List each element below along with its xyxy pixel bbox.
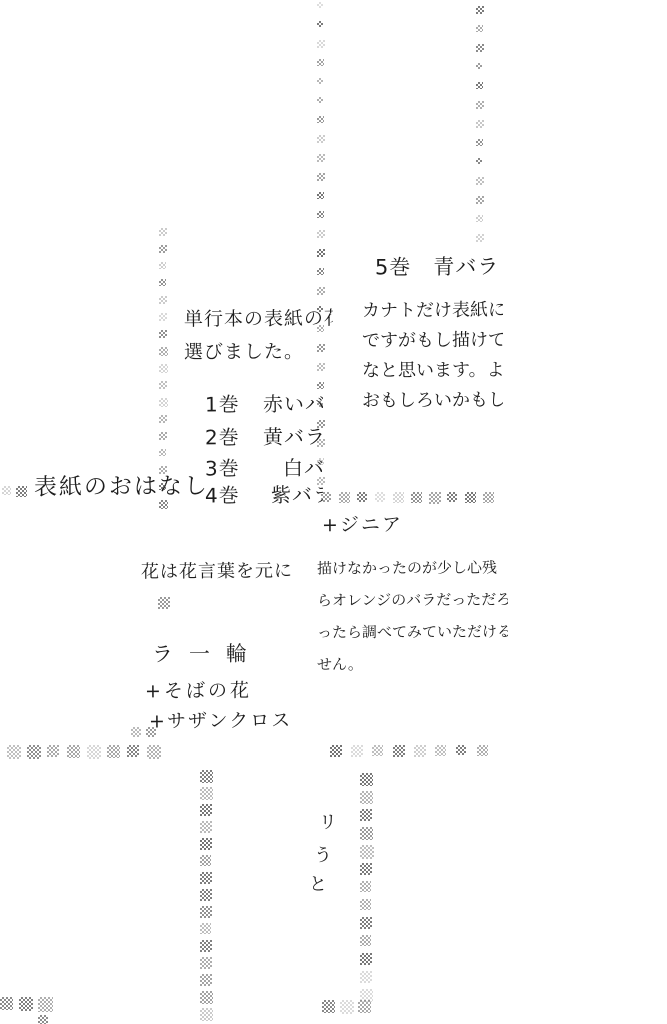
checker-mark — [146, 727, 156, 737]
volume-row: 2巻黄バラ — [205, 421, 323, 451]
checker-mark — [330, 745, 342, 757]
intro-line: 単行本の表紙の花 — [184, 307, 333, 331]
checker-mark — [317, 439, 325, 447]
volume-row: 3巻白バラ — [205, 452, 323, 482]
checker-mark — [159, 483, 166, 490]
checker-mark — [159, 228, 167, 236]
checker-mark — [476, 25, 483, 32]
checker-mark — [19, 997, 33, 1011]
southern-cross-note: +サザンクロス — [149, 710, 292, 734]
checker-mark — [159, 415, 167, 423]
checker-mark — [429, 492, 441, 504]
checker-mark — [317, 230, 325, 238]
checker-mark — [147, 745, 161, 759]
paragraph-middle: 描けなかったのが少し心残 らオレンジのバラだっただろ ったら調べてみていただける… — [317, 552, 508, 680]
paragraph-line: なと思います。よか — [362, 356, 503, 387]
checker-mark — [200, 974, 212, 986]
cut-fragment: リ — [319, 812, 337, 834]
checker-mark — [435, 745, 446, 756]
checker-mark — [159, 466, 167, 474]
checker-mark — [38, 1015, 48, 1024]
checker-mark — [200, 1008, 213, 1021]
checker-mark — [7, 745, 21, 759]
checker-mark — [360, 827, 373, 840]
checker-mark — [339, 492, 350, 503]
checker-mark — [360, 917, 372, 929]
cut-fragment: と — [309, 874, 327, 896]
checker-mark — [200, 957, 212, 969]
checker-mark — [200, 787, 213, 800]
flower-language-note: 花は花言葉を元に — [141, 560, 293, 583]
checker-mark — [159, 279, 166, 286]
soba-flower-note: +そばの花 — [145, 680, 252, 704]
volume-flower: 紫バラ — [271, 483, 323, 507]
checker-mark — [360, 881, 371, 892]
checker-mark — [27, 745, 41, 759]
checker-mark — [317, 249, 325, 257]
checker-mark — [317, 268, 324, 275]
checker-mark — [411, 492, 422, 503]
checker-mark — [159, 296, 167, 304]
checker-mark — [158, 597, 170, 609]
checker-mark — [360, 899, 371, 910]
checker-mark — [465, 492, 476, 503]
volume-number: 3巻 — [205, 452, 283, 482]
paragraph-line: ったら調べてみていただける — [317, 616, 508, 649]
checker-mark — [38, 997, 53, 1012]
checker-mark — [317, 344, 325, 352]
checker-mark — [200, 770, 213, 783]
checker-mark — [477, 745, 488, 756]
checker-mark — [200, 855, 211, 866]
checker-mark — [317, 382, 324, 389]
checker-mark — [107, 745, 120, 758]
checker-mark — [476, 63, 482, 69]
checker-mark — [372, 745, 383, 756]
checker-mark — [456, 745, 466, 755]
checker-mark — [360, 773, 373, 786]
zinnia-note: +ジニア — [322, 514, 403, 537]
checker-mark — [317, 135, 325, 143]
checker-mark — [317, 458, 324, 465]
checker-mark — [476, 139, 483, 146]
checker-mark — [159, 313, 167, 321]
checker-mark — [317, 59, 324, 66]
volume-flower: 青バラ — [433, 255, 499, 279]
checker-mark — [360, 953, 372, 965]
checker-mark — [159, 500, 168, 509]
checker-mark — [317, 154, 325, 162]
checker-mark — [322, 1000, 335, 1013]
checker-mark — [476, 6, 484, 14]
checker-mark — [317, 477, 325, 485]
checker-mark — [321, 492, 331, 502]
checker-mark — [317, 40, 325, 48]
checker-mark — [476, 120, 484, 128]
checker-mark — [159, 381, 167, 389]
checker-mark — [159, 398, 168, 407]
checker-mark — [414, 745, 426, 757]
checker-mark — [159, 432, 167, 440]
checker-mark — [16, 486, 27, 497]
checker-mark — [360, 809, 372, 821]
checker-mark — [483, 492, 494, 503]
volume-flower: 黄バラ — [263, 425, 323, 449]
checker-mark — [476, 196, 484, 204]
paragraph-line: ですがもし描けていけ — [362, 326, 503, 357]
checker-mark — [393, 492, 404, 503]
checker-mark — [447, 492, 457, 502]
checker-mark — [476, 177, 484, 185]
checker-mark — [200, 821, 212, 833]
checker-mark — [200, 923, 211, 934]
intro-line: 選びました。 — [184, 341, 304, 365]
checker-mark — [159, 449, 166, 456]
checker-mark — [476, 44, 484, 52]
checker-mark — [360, 845, 374, 859]
volume-list: 1巻赤いバラ 2巻黄バラ 3巻白バラ 4巻紫バラ — [205, 380, 323, 512]
scanned-page: 表紙のおはなし 単行本の表紙の花 選びました。 1巻赤いバラ 2巻黄バラ 3巻白… — [0, 0, 667, 1024]
volume-number: 2巻 — [205, 421, 263, 450]
volume-number: 1巻 — [205, 388, 263, 417]
checker-mark — [317, 325, 324, 332]
rose-single-note: ラ一輪 — [152, 642, 263, 668]
checker-mark — [360, 971, 372, 983]
checker-mark — [476, 158, 482, 164]
checker-mark — [317, 306, 323, 312]
paragraph-line: 描けなかったのが少し心残 — [317, 552, 508, 584]
volume-flower: 赤いバラ — [263, 392, 323, 417]
checker-mark — [317, 211, 324, 218]
checker-mark — [159, 245, 167, 253]
checker-mark — [87, 745, 101, 759]
checker-mark — [360, 935, 371, 946]
checker-mark — [357, 492, 367, 502]
checker-mark — [476, 215, 483, 222]
checker-mark — [317, 97, 323, 103]
checker-mark — [200, 991, 213, 1004]
checker-mark — [317, 2, 323, 8]
checker-mark — [317, 420, 325, 428]
checker-mark — [317, 192, 324, 199]
cut-fragment: う — [314, 845, 332, 867]
checker-mark — [159, 262, 166, 269]
checker-mark — [159, 330, 167, 338]
volume-row: 4巻紫バラ — [205, 479, 323, 509]
checker-mark — [200, 838, 212, 850]
checker-mark — [131, 727, 141, 737]
paragraph-line: おもしろいかもしれま — [362, 386, 503, 416]
volume-row: 1巻赤いバラ — [205, 388, 323, 418]
checker-mark — [2, 486, 11, 495]
checker-mark — [360, 791, 373, 804]
paragraph-line: せん。 — [317, 648, 508, 680]
checker-mark — [393, 745, 405, 757]
checker-mark — [360, 863, 372, 875]
paragraph-line: カナトだけ表紙には — [362, 296, 503, 326]
volume-number: 5巻 — [375, 255, 412, 279]
checker-mark — [0, 997, 13, 1010]
checker-mark — [127, 745, 139, 757]
checker-mark — [317, 401, 323, 407]
volume-number: 4巻 — [205, 479, 271, 508]
checker-mark — [200, 889, 212, 901]
checker-mark — [375, 492, 385, 502]
volume-row: 5巻青バラ — [375, 255, 500, 281]
checker-mark — [317, 21, 323, 27]
paragraph-top-right: カナトだけ表紙には ですがもし描けていけ なと思います。よか おもしろいかもしれ… — [362, 296, 503, 416]
checker-mark — [159, 347, 168, 356]
page-title: 表紙のおはなし — [34, 473, 209, 502]
checker-mark — [317, 363, 325, 371]
checker-mark — [317, 173, 325, 181]
checker-mark — [340, 1000, 354, 1014]
checker-mark — [200, 906, 212, 918]
checker-mark — [159, 364, 168, 373]
checker-mark — [358, 1000, 371, 1013]
checker-mark — [47, 745, 59, 757]
checker-mark — [317, 116, 324, 123]
checker-mark — [317, 78, 323, 84]
checker-mark — [200, 940, 212, 952]
checker-mark — [476, 82, 483, 89]
checker-mark — [200, 804, 212, 816]
paragraph-line: らオレンジのバラだっただろ — [317, 584, 508, 617]
checker-mark — [317, 287, 325, 295]
checker-mark — [351, 745, 363, 757]
checker-mark — [67, 745, 80, 758]
checker-mark — [476, 101, 484, 109]
checker-mark — [476, 234, 484, 242]
checker-mark — [200, 872, 212, 884]
